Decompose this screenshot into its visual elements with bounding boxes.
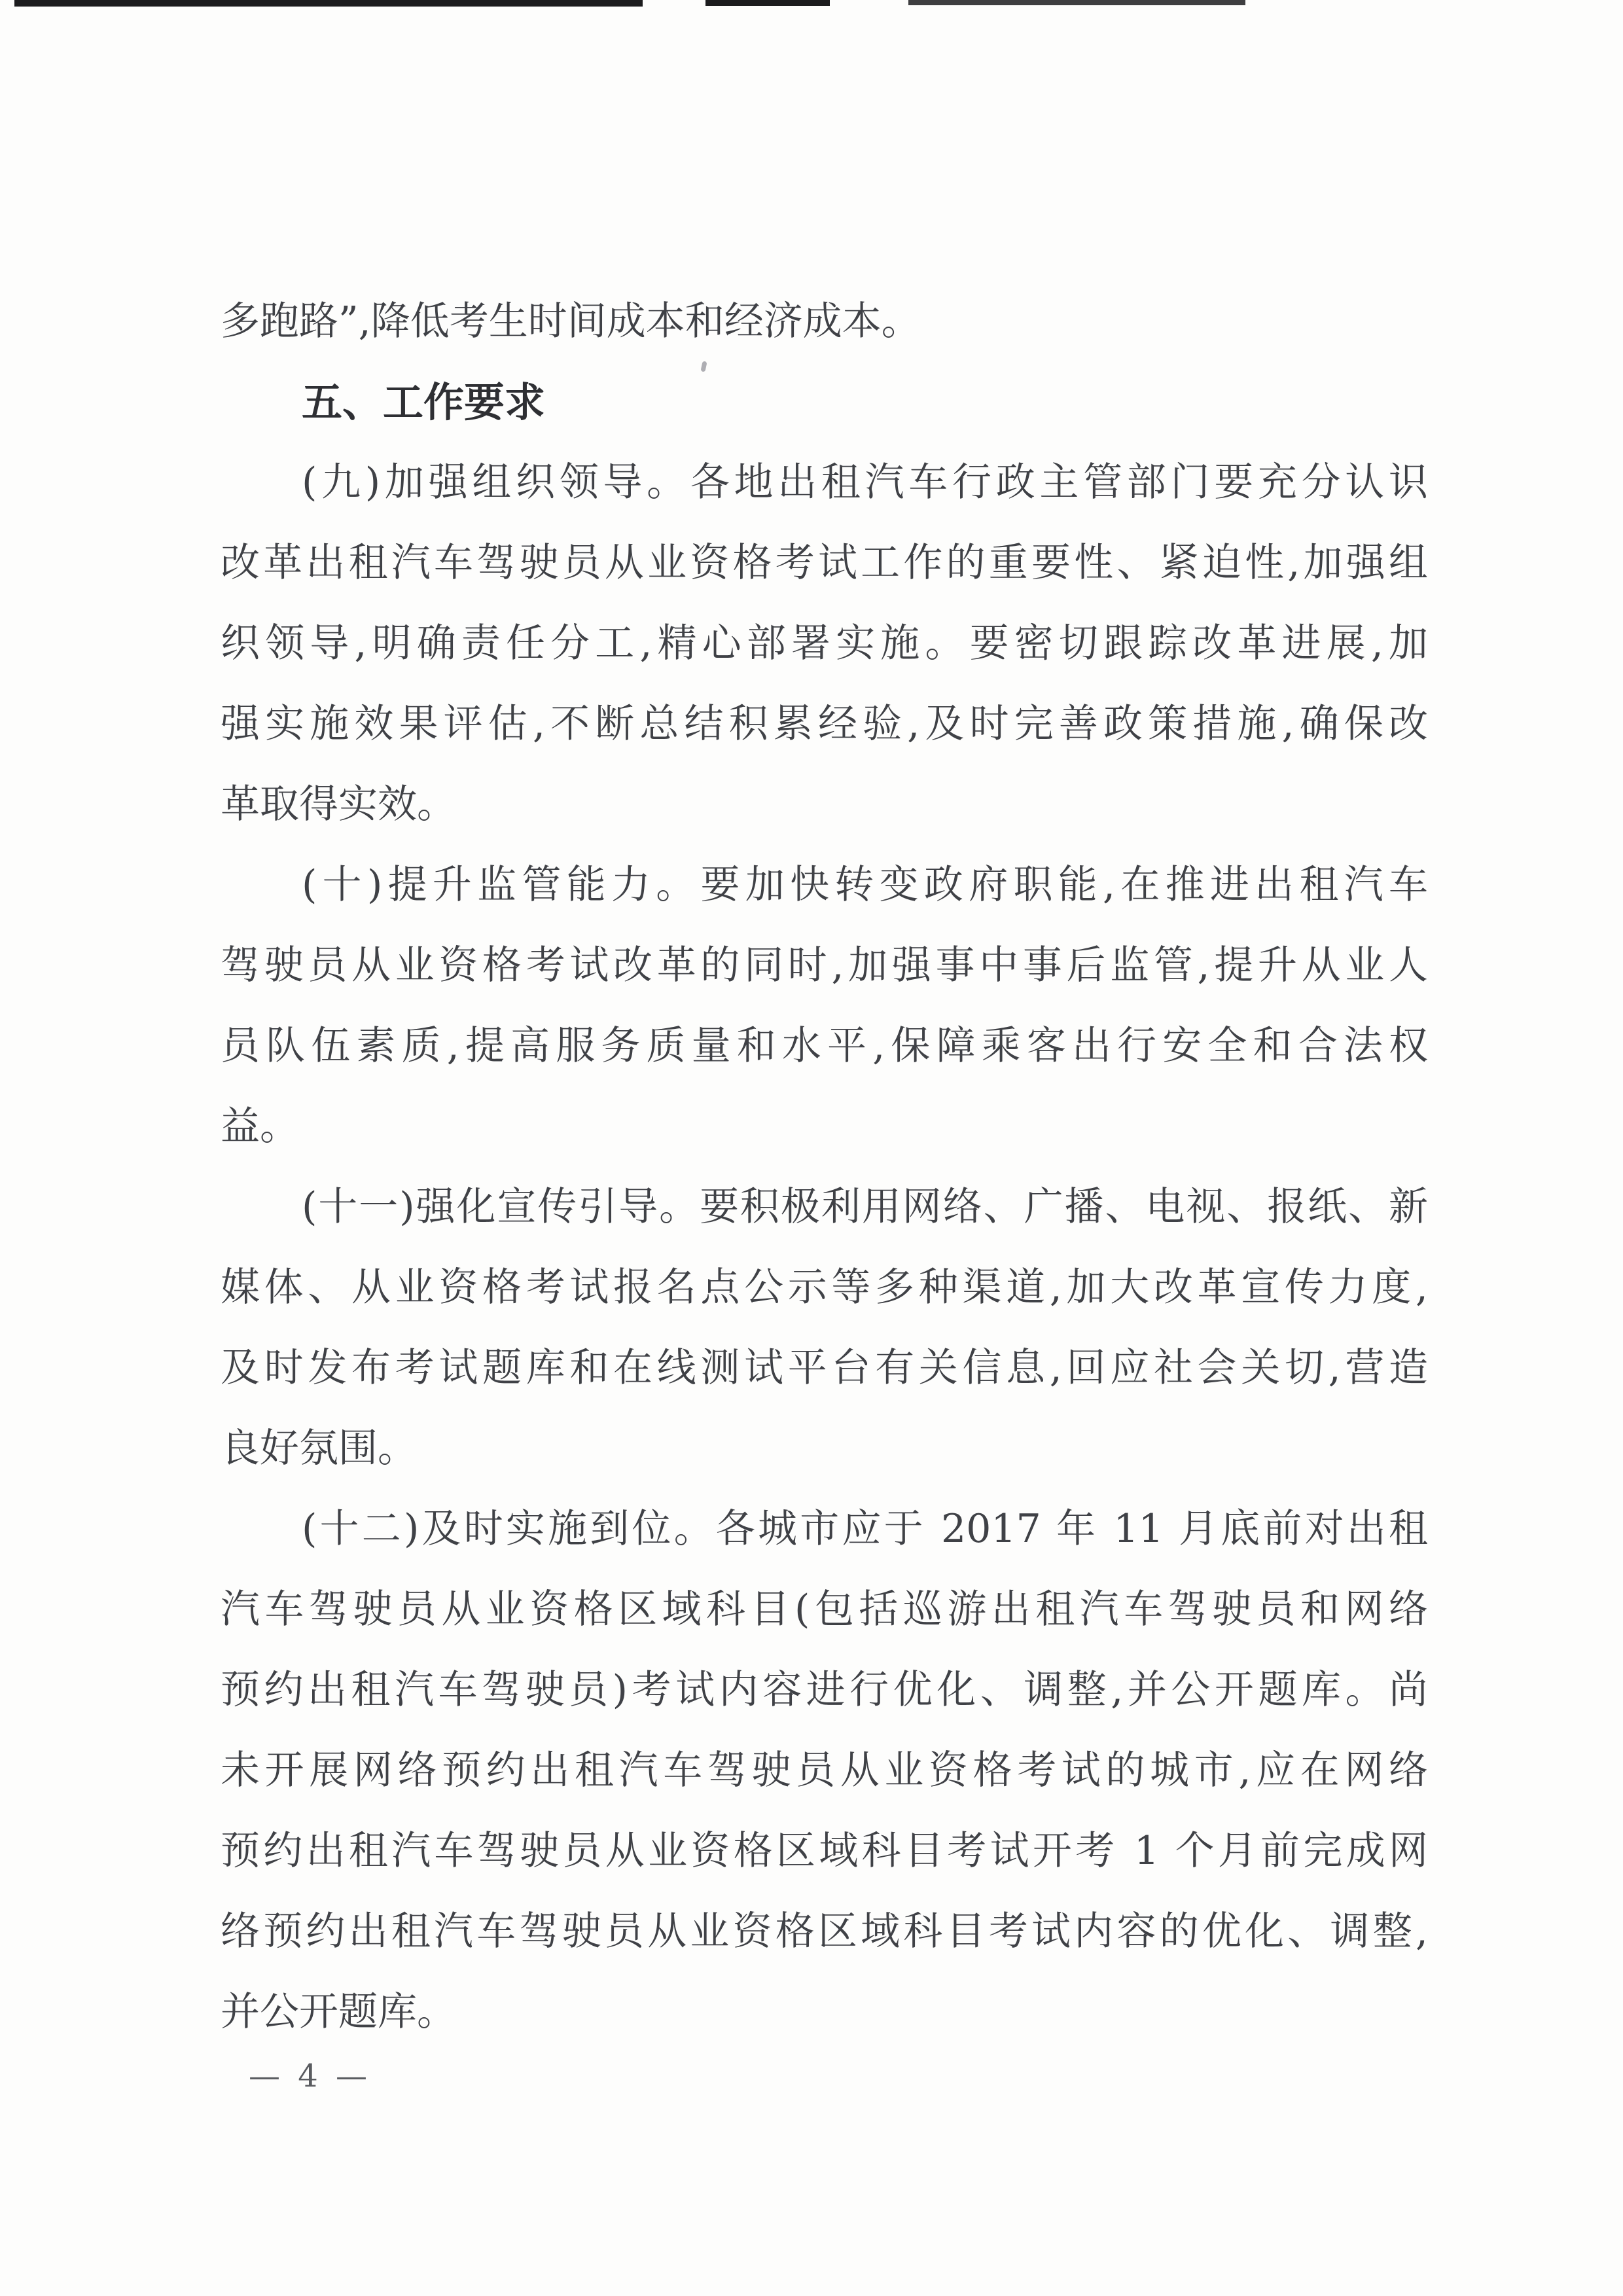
body-line: 织领导,明确责任分工,精心部署实施。要密切跟踪改革进展,加 — [221, 603, 1428, 684]
scan-edge-artifact — [14, 0, 643, 7]
body-line: 预约出租汽车驾驶员从业资格区域科目考试开考 1 个月前完成网 — [221, 1811, 1428, 1892]
body-line: (十一)强化宣传引导。要积极利用网络、广播、电视、报纸、新 — [221, 1167, 1428, 1247]
body-line: 络预约出租汽车驾驶员从业资格区域科目考试内容的优化、调整, — [221, 1892, 1428, 1972]
body-line: 益。 — [221, 1086, 1428, 1167]
body-line: (十二)及时实施到位。各城市应于 2017 年 11 月底前对出租 — [221, 1489, 1428, 1570]
body-line: 强实施效果评估,不断总结积累经验,及时完善政策措施,确保改 — [221, 684, 1428, 764]
body-line: 驾驶员从业资格考试改革的同时,加强事中事后监管,提升从业人 — [221, 925, 1428, 1006]
section-heading: 五、工作要求 — [221, 362, 1428, 442]
body-line: 多跑路”,降低考生时间成本和经济成本。 — [221, 281, 1428, 362]
body-line: 及时发布考试题库和在线测试平台有关信息,回应社会关切,营造 — [221, 1328, 1428, 1408]
body-line: 并公开题库。 — [221, 1972, 1428, 2053]
body-line: (十)提升监管能力。要加快转变政府职能,在推进出租汽车 — [221, 845, 1428, 925]
body-line: 良好氛围。 — [221, 1408, 1428, 1489]
scan-edge-artifact — [705, 0, 830, 6]
body-line: 革取得实效。 — [221, 764, 1428, 845]
body-line: 未开展网络预约出租汽车驾驶员从业资格考试的城市,应在网络 — [221, 1731, 1428, 1811]
document-body: 多跑路”,降低考生时间成本和经济成本。 五、工作要求 (九)加强组织领导。各地出… — [221, 281, 1428, 2053]
page-number: — 4 — — [249, 2056, 371, 2096]
scan-edge-artifact — [908, 0, 1245, 5]
document-page: 多跑路”,降低考生时间成本和经济成本。 五、工作要求 (九)加强组织领导。各地出… — [0, 0, 1623, 2296]
body-line: 预约出租汽车驾驶员)考试内容进行优化、调整,并公开题库。尚 — [221, 1650, 1428, 1731]
body-line: (九)加强组织领导。各地出租汽车行政主管部门要充分认识 — [221, 442, 1428, 523]
body-line: 员队伍素质,提高服务质量和水平,保障乘客出行安全和合法权 — [221, 1006, 1428, 1086]
body-line: 媒体、从业资格考试报名点公示等多种渠道,加大改革宣传力度, — [221, 1247, 1428, 1328]
body-line: 汽车驾驶员从业资格区域科目(包括巡游出租汽车驾驶员和网络 — [221, 1570, 1428, 1650]
body-line: 改革出租汽车驾驶员从业资格考试工作的重要性、紧迫性,加强组 — [221, 523, 1428, 603]
